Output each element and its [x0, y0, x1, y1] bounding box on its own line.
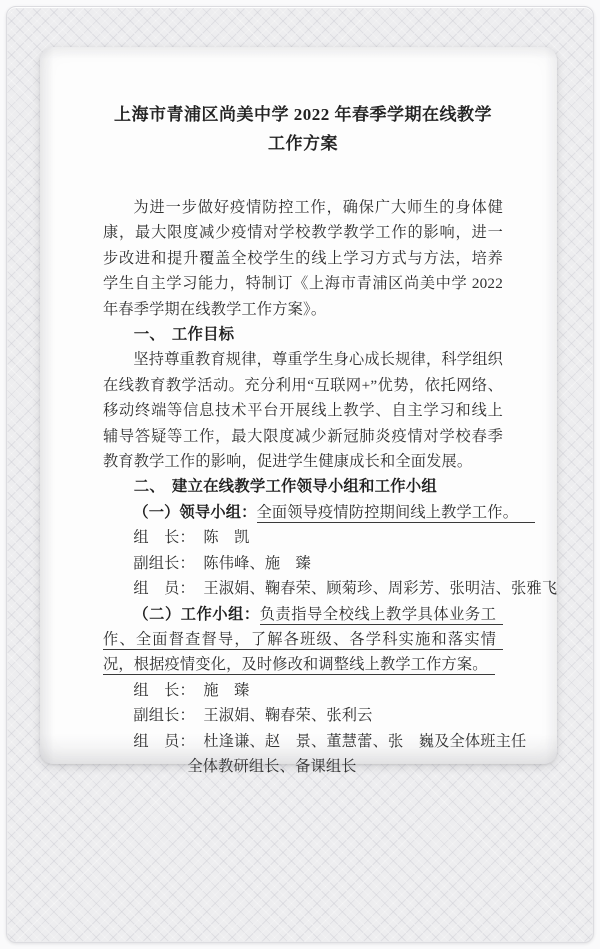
- document-photo-card: 上海市青浦区尚美中学 2022 年春季学期在线教学 工作方案 为进一步做好疫情防…: [40, 47, 557, 764]
- leader-names: 陈 凯: [203, 529, 249, 546]
- section1-title: 工作目标: [172, 326, 234, 343]
- working-group-leader-row: 组 长：施 臻: [133, 678, 503, 703]
- working-group-member-row: 组 员：杜逢谦、赵 景、董慧蕾、张 巍及全体班主任: [133, 729, 503, 754]
- working-group-member-row-continued: 全体教研组长、备课组长: [187, 754, 503, 779]
- working-group-line: （二）工作小组：负责指导全校线上教学具体业务工作、全面督查督导，了解各班级、各学…: [103, 602, 503, 678]
- member-names: 王淑娟、鞠春荣、顾菊珍、周彩芳、张明洁、张雅飞: [203, 580, 557, 597]
- deputy-names: 王淑娟、鞠春荣、张利云: [203, 707, 372, 724]
- section1-number: 一、: [134, 326, 165, 343]
- member-label: 组 员：: [133, 733, 195, 750]
- document-title-line1: 上海市青浦区尚美中学 2022 年春季学期在线教学: [103, 100, 503, 129]
- leading-group-line: （一）领导小组：全面领导疫情防控期间线上教学工作。: [103, 500, 503, 525]
- member-label: 组 员：: [133, 580, 195, 597]
- leading-group-leader-row: 组 长：陈 凯: [133, 525, 503, 550]
- leader-label: 组 长：: [133, 529, 195, 546]
- document-page: 上海市青浦区尚美中学 2022 年春季学期在线教学 工作方案 为进一步做好疫情防…: [40, 47, 557, 764]
- deputy-label: 副组长：: [133, 707, 195, 724]
- leader-label: 组 长：: [133, 682, 195, 699]
- section1-body: 坚持尊重教育规律，尊重学生身心成长规律，科学组织在线教育教学活动。充分利用“互联…: [103, 347, 503, 474]
- intro-paragraph: 为进一步做好疫情防控工作，确保广大师生的身体健康，最大限度减少疫情对学校教学教学…: [103, 195, 503, 322]
- leader-names: 施 臻: [203, 682, 249, 699]
- member-names: 杜逢谦、赵 景、董慧蕾、张 巍及全体班主任: [203, 733, 526, 750]
- section2-number: 二、: [134, 478, 165, 495]
- working-group-deputy-row: 副组长：王淑娟、鞠春荣、张利云: [133, 703, 503, 728]
- section2-title: 建立在线教学工作领导小组和工作小组: [172, 478, 437, 495]
- section2-heading: 二、建立在线教学工作领导小组和工作小组: [103, 474, 503, 499]
- leading-group-label: （一）领导小组：: [133, 504, 256, 521]
- working-group-label: （二）工作小组：: [133, 606, 259, 623]
- leading-group-deputy-row: 副组长：陈伟峰、施 臻: [133, 551, 503, 576]
- document-title: 上海市青浦区尚美中学 2022 年春季学期在线教学 工作方案: [103, 100, 503, 158]
- section1-heading: 一、工作目标: [103, 322, 503, 347]
- document-title-line2: 工作方案: [103, 129, 503, 158]
- deputy-names: 陈伟峰、施 臻: [203, 555, 311, 572]
- leading-group-duty: 全面领导疫情防控期间线上教学工作。: [257, 504, 535, 523]
- leading-group-member-row: 组 员：王淑娟、鞠春荣、顾菊珍、周彩芳、张明洁、张雅飞: [133, 576, 503, 601]
- deputy-label: 副组长：: [133, 555, 195, 572]
